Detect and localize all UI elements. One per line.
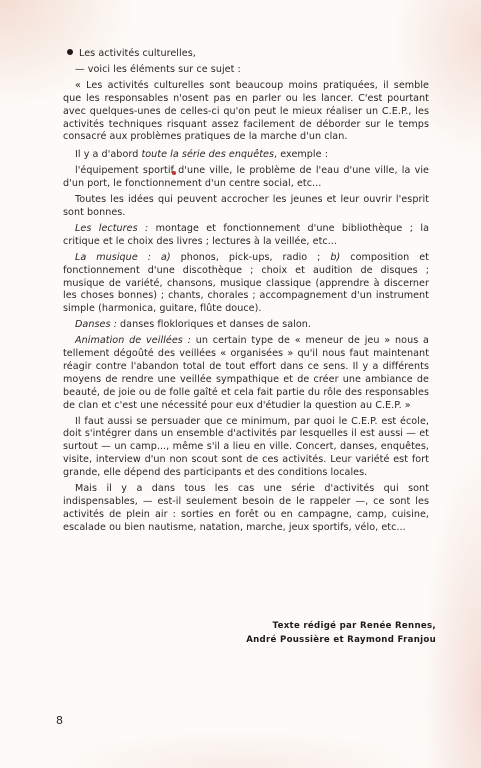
animation-text: un certain type de « meneur de jeu » nou… — [63, 335, 429, 411]
animation-paragraph: Animation de veillées : un certain type … — [63, 335, 429, 412]
enquetes-italic: toute la série des enquêtes — [141, 149, 274, 160]
danses-paragraph: Danses : danses flokloriques et danses d… — [63, 319, 429, 332]
danses-label: Danses : — [75, 319, 117, 330]
enquetes-suffix: , exemple : — [274, 149, 328, 160]
section-heading: Les activités culturelles, — [63, 48, 429, 61]
signature-line-1: Texte rédigé par Renée Rennes, — [226, 619, 436, 633]
article-body: Les activités culturelles, — voici les é… — [63, 48, 429, 538]
bullet-icon — [67, 49, 73, 55]
plein-air-paragraph: Mais il y a dans tous les cas une série … — [63, 483, 429, 535]
idees-paragraph: Toutes les idées qui peuvent accrocher l… — [63, 194, 429, 220]
section-heading-text: Les activités culturelles, — [79, 48, 196, 59]
lectures-paragraph: Les lectures : montage et fonctionnement… — [63, 223, 429, 249]
musique-b-label: b) — [330, 252, 340, 263]
lectures-label: Les lectures : — [75, 223, 148, 234]
danses-text: danses flokloriques et danses de salon. — [117, 319, 311, 330]
enquetes-prefix: Il y a d'abord — [75, 149, 141, 160]
enquetes-example-paragraph: l'équipement sportif d'une ville, le pro… — [63, 165, 429, 191]
musique-label: La musique : — [75, 252, 151, 263]
minimum-paragraph: Il faut aussi se persuader que ce minimu… — [63, 416, 429, 481]
musique-paragraph: La musique : a) phonos, pick-ups, radio … — [63, 252, 429, 317]
page-number: 8 — [56, 714, 63, 727]
signature-line-2: André Poussière et Raymond Franjou — [226, 633, 436, 647]
musique-a-text: phonos, pick-ups, radio ; — [171, 252, 331, 263]
intro-line: — voici les éléments sur ce sujet : — [63, 64, 429, 77]
animation-label: Animation de veillées : — [75, 335, 191, 346]
musique-a-label: a) — [151, 252, 171, 263]
book-page: Les activités culturelles, — voici les é… — [0, 0, 481, 768]
quote-paragraph-1: « Les activités culturelles sont beaucou… — [63, 80, 429, 145]
author-signature: Texte rédigé par Renée Rennes, André Pou… — [226, 619, 436, 647]
enquetes-paragraph: Il y a d'abord toute la série des enquêt… — [63, 149, 429, 162]
